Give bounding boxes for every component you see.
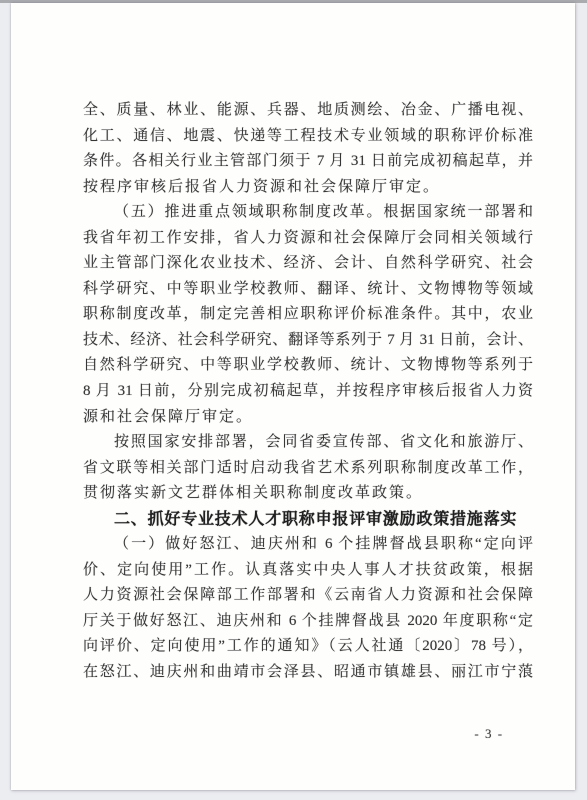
text-line: 全、质量、林业、能源、兵器、地质测绘、冶金、广播电视、 bbox=[83, 98, 533, 124]
text-line: 贯彻落实新文艺群体相关职称制度改革政策。 bbox=[83, 481, 533, 507]
text-line: （五）推进重点领域职称制度改革。根据国家统一部署和 bbox=[83, 200, 533, 226]
text-line: 化工、通信、地震、快递等工程技术专业领域的职称评价标准 bbox=[83, 124, 533, 150]
text-line: 源和社会保障厅审定。 bbox=[83, 405, 533, 431]
text-line: 职称制度改革，制定完善相应职称评价标准条件。其中，农业 bbox=[83, 302, 533, 328]
text-line: 价、定向使用”工作。认真落实中央人事人才扶贫政策，根据 bbox=[83, 558, 533, 584]
text-line: 8 月 31 日前，分别完成初稿起草，并按程序审核后报省人力资 bbox=[83, 379, 533, 405]
text-line: 省文联等相关部门适时启动我省艺术系列职称制度改革工作， bbox=[83, 456, 533, 482]
text-line: 在怒江、迪庆州和曲靖市会泽县、昭通市镇雄县、丽江市宁蒗 bbox=[83, 660, 533, 686]
text-line: 科学研究、中等职业学校教师、翻译、统计、文物博物等领域 bbox=[83, 277, 533, 303]
text-line: 自然科学研究、中等职业学校教师、统计、文物博物等系列于 bbox=[83, 353, 533, 379]
text-line: 按照国家安排部署，会同省委宣传部、省文化和旅游厅、 bbox=[83, 430, 533, 456]
text-line: 厅关于做好怒江、迪庆州和 6 个挂牌督战县 2020 年度职称“定 bbox=[83, 609, 533, 635]
text-line: 按程序审核后报省人力资源和社会保障厅审定。 bbox=[83, 175, 533, 201]
text-line: 技术、经济、社会科学研究、翻译等系列于 7 月 31 日前，会计、 bbox=[83, 328, 533, 354]
text-line: 业主管部门深化农业技术、经济、会计、自然科学研究、社会 bbox=[83, 251, 533, 277]
document-page: 全、质量、林业、能源、兵器、地质测绘、冶金、广播电视、 化工、通信、地震、快递等… bbox=[11, 3, 575, 790]
text-line: 条件。各相关行业主管部门须于 7 月 31 日前完成初稿起草，并 bbox=[83, 149, 533, 175]
text-line: 我省年初工作安排，省人力资源和社会保障厅会同相关领域行 bbox=[83, 226, 533, 252]
text-line: 向评价、定向使用”工作的通知》（云人社通〔2020〕78 号）， bbox=[83, 634, 533, 660]
section-heading: 二、抓好专业技术人才职称申报评审激励政策措施落实 bbox=[83, 507, 533, 533]
text-line: 人力资源社会保障部工作部署和《云南省人力资源和社会保障 bbox=[83, 583, 533, 609]
text-line: （一）做好怒江、迪庆州和 6 个挂牌督战县职称“定向评 bbox=[83, 532, 533, 558]
page-number: - 3 - bbox=[447, 726, 531, 742]
document-body: 全、质量、林业、能源、兵器、地质测绘、冶金、广播电视、 化工、通信、地震、快递等… bbox=[83, 98, 533, 686]
